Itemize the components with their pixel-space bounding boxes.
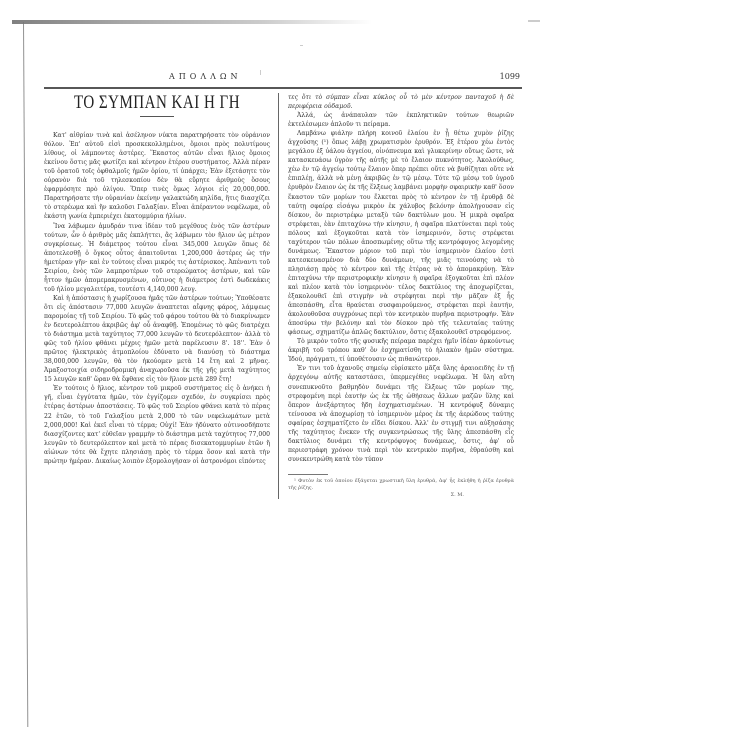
article-columns: ΤΟ ΣΥΜΠΑΝ ΚΑΙ Η ΓΗ Κατ' αἰθρίαν τινὰ καὶ… (44, 93, 522, 499)
page-number: 1099 (500, 72, 520, 81)
scan-page-border (23, 22, 28, 727)
left-column: ΤΟ ΣΥΜΠΑΝ ΚΑΙ Η ΓΗ Κατ' αἰθρίαν τινὰ καὶ… (44, 93, 278, 499)
scan-edge-shadow (12, 20, 372, 24)
footnote-divider (288, 474, 328, 475)
right-column: τες ὅτι τὸ σύμπαν εἶναι κύκλος οὗ τὸ μὲν… (278, 93, 514, 499)
paragraph: Ἐν τούτοις ὁ ἥλιος, κέντρον τοῦ μικροῦ σ… (44, 384, 270, 465)
newspaper-page: ΑΠΟΛΛΩΝ 1099 ΤΟ ΣΥΜΠΑΝ ΚΑΙ Η ΓΗ Κατ' αἰθ… (44, 70, 522, 499)
article-title: ΤΟ ΣΥΜΠΑΝ ΚΑΙ Η ΓΗ (44, 98, 270, 109)
paragraph: Ἐν τινι τοῦ ἀχανοῦς σημείῳ εὑρίσκετο μᾶζ… (288, 364, 514, 464)
footnote-signature: Σ. Μ. (288, 492, 514, 499)
header-rule (44, 87, 522, 89)
paragraph: Ἵνα λάβωμεν ἀμυδράν τινα ἰδέαν τοῦ μεγέθ… (44, 222, 270, 294)
title-divider (140, 116, 174, 117)
scan-speck (528, 20, 540, 22)
paragraph-continuation: τες ὅτι τὸ σύμπαν εἶναι κύκλος οὗ τὸ μὲν… (288, 93, 514, 111)
paragraph: Τὸ μικρὸν τοῦτο τῆς φυσικῆς πείραμα παρέ… (288, 337, 514, 364)
scan-speck (300, 45, 303, 46)
paragraph: Λαμβάνω φιάλην πλήρη κοινοῦ ἐλαίου ἐν ᾗ … (288, 129, 514, 337)
footnote: ¹ Φυτὸν ἐκ τοῦ ὁποίου ἐξάγεται χρωστικὴ … (288, 478, 514, 492)
paragraph: Ἀλλά, ὡς ἀνάπαυλαν τῶν ἐκπληκτικῶν τούτω… (288, 111, 514, 129)
running-title: ΑΠΟΛΛΩΝ (169, 72, 242, 81)
paragraph: Κατ' αἰθρίαν τινὰ καὶ ἀσέληνον νύκτα παρ… (44, 131, 270, 221)
running-head: ΑΠΟΛΛΩΝ 1099 (44, 70, 522, 86)
scan-speck (260, 70, 261, 75)
paragraph: Καὶ ἡ ἀπόστασις ἡ χωρίζουσα ἡμᾶς τῶν ἀστ… (44, 294, 270, 384)
